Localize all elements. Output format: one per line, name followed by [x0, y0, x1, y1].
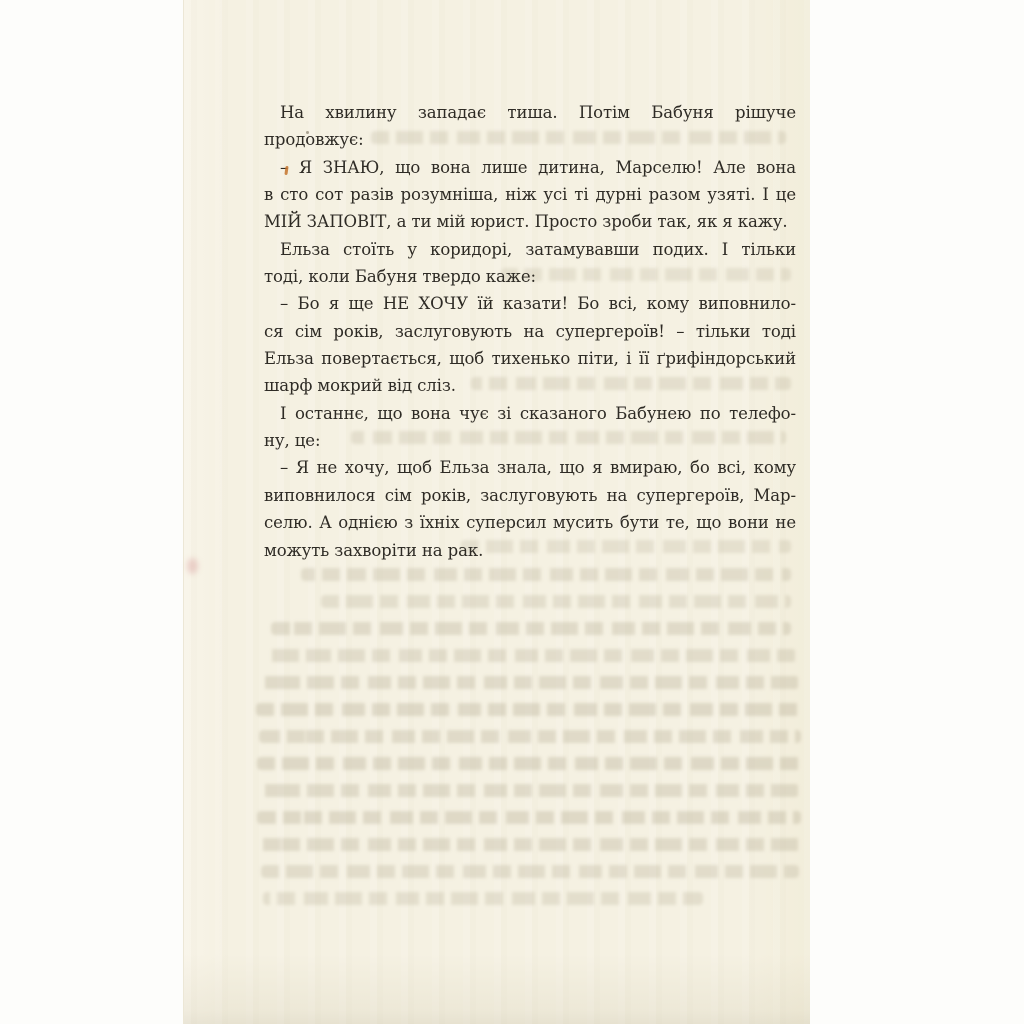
bleed-through-line: [261, 865, 799, 878]
text-line: – Я ЗНАЮ, що вона лише дитина, Марселю! …: [264, 154, 796, 181]
text-line: в сто сот разів розумніша, ніж усі ті ду…: [264, 181, 796, 208]
bleed-through-line: [259, 730, 801, 743]
text-line: ся сім років, заслуговують на супергерої…: [264, 318, 796, 345]
text-line: Ельза стоїть у коридорі, затамувавши под…: [264, 236, 796, 263]
text-line: виповнилося сім років, заслуговують на с…: [264, 482, 796, 509]
bleed-through-line: [256, 703, 801, 716]
text-line: продовжує:: [264, 126, 796, 153]
bleed-through-line: [271, 622, 791, 635]
scan-background: На хвилину западає тиша. Потім Бабуня рі…: [0, 0, 1024, 1024]
book-page: На хвилину западає тиша. Потім Бабуня рі…: [183, 0, 810, 1024]
text-line: шарф мокрий від сліз.: [264, 372, 796, 399]
bleed-through-line: [321, 595, 791, 608]
bleed-through-line: [266, 649, 796, 662]
text-line: – Бо я ще НЕ ХОЧУ їй казати! Бо всі, ком…: [264, 290, 796, 317]
bleed-through-line: [257, 811, 801, 824]
bleed-through-line: [259, 784, 799, 797]
text-block: На хвилину западає тиша. Потім Бабуня рі…: [264, 99, 796, 564]
text-line: Ельза повертається, щоб тихенько піти, і…: [264, 345, 796, 372]
text-line: можуть захворіти на рак.: [264, 537, 796, 564]
text-line: селю. А однією з їхніх суперсил мусить б…: [264, 509, 796, 536]
text-line: На хвилину западає тиша. Потім Бабуня рі…: [264, 99, 796, 126]
text-line: І останнє, що вона чує зі сказаного Бабу…: [264, 400, 796, 427]
bleed-through-line: [259, 838, 801, 851]
bleed-through-line: [301, 568, 791, 581]
bleed-through-line: [257, 757, 801, 770]
text-line: – Я не хочу, щоб Ельза знала, що я вмира…: [264, 454, 796, 481]
text-line: ну, це:: [264, 427, 796, 454]
bleed-through-line: [263, 892, 703, 905]
bleed-through-line: [259, 676, 799, 689]
text-line: тоді, коли Бабуня твердо каже:: [264, 263, 796, 290]
text-line: МІЙ ЗАПОВІТ, а ти мій юрист. Просто зроб…: [264, 208, 796, 235]
